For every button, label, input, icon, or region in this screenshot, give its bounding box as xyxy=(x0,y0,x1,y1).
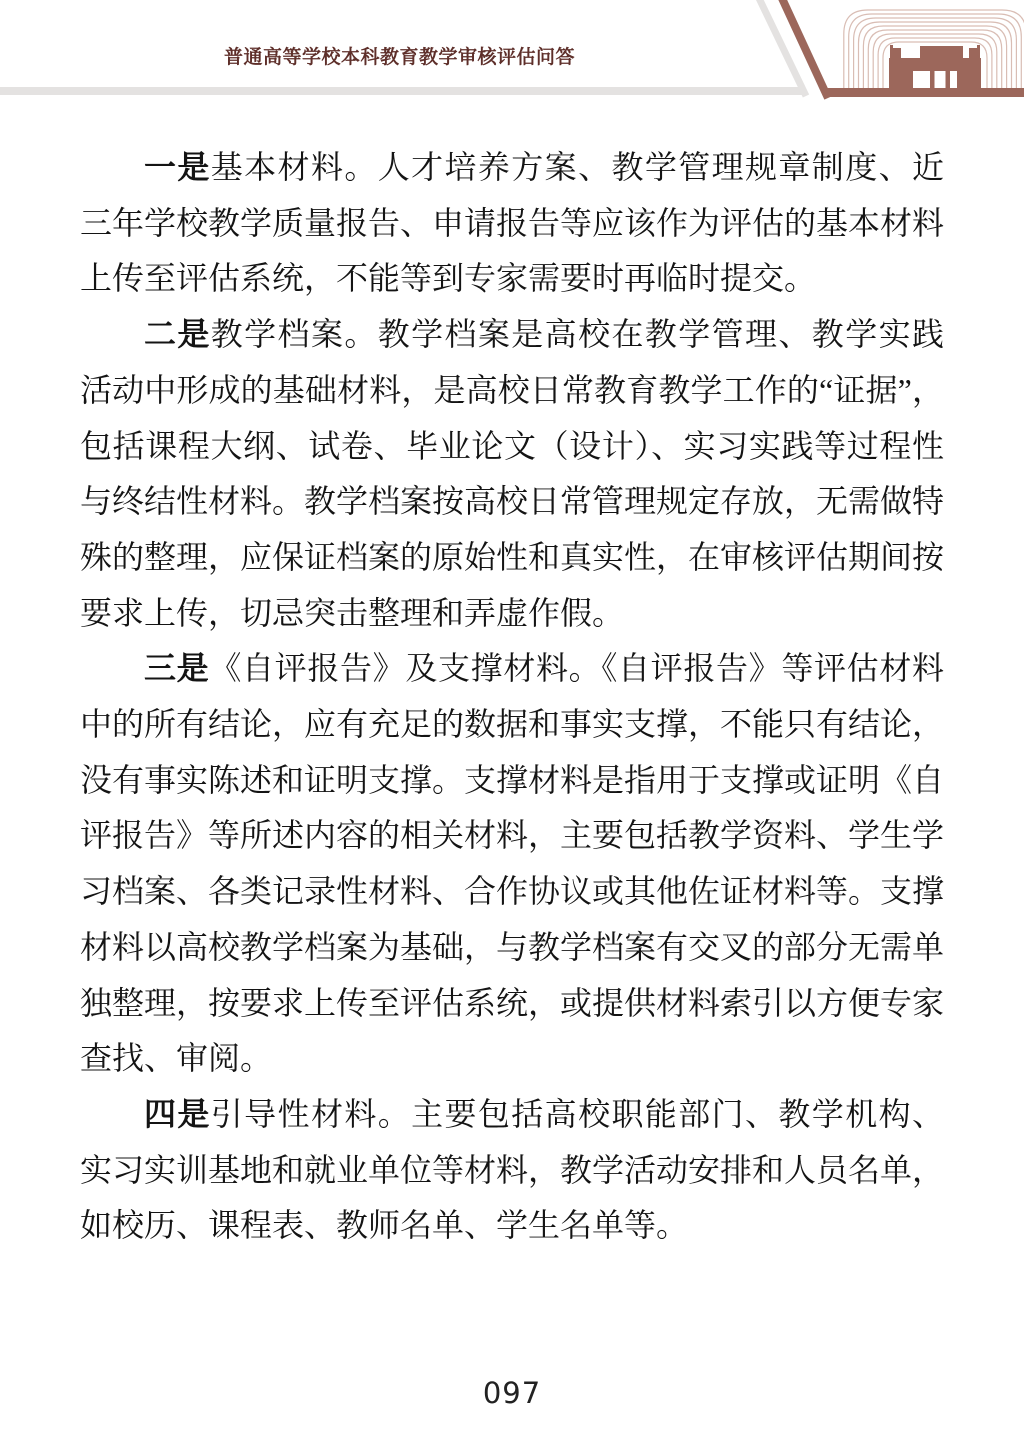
header-rule xyxy=(0,87,742,95)
running-head-title: 普通高等学校本科教育教学审核评估问答 xyxy=(224,46,575,70)
page-number: 097 xyxy=(0,1376,1024,1410)
corner-decoration xyxy=(740,0,1024,110)
page-body: 一是基本材料。人才培养方案、教学管理规章制度、近三年学校教学质量报告、申请报告等… xyxy=(80,140,944,1254)
paragraph-lead: 三是 xyxy=(144,650,209,686)
paragraph: 一是基本材料。人才培养方案、教学管理规章制度、近三年学校教学质量报告、申请报告等… xyxy=(80,140,944,307)
paragraph-lead: 四是 xyxy=(144,1096,211,1132)
paragraph: 三是《自评报告》及支撑材料。《自评报告》等评估材料中的所有结论，应有充足的数据和… xyxy=(80,641,944,1087)
corner-diagonal-gray xyxy=(740,0,806,96)
paragraph-text: 《自评报告》及支撑材料。《自评报告》等评估材料中的所有结论，应有充足的数据和事实… xyxy=(80,650,944,1076)
page: 普通高等学校本科教育教学审核评估问答 xyxy=(0,0,1024,1453)
paragraph-lead: 一是 xyxy=(144,149,211,185)
paragraph: 二是教学档案。教学档案是高校在教学管理、教学实践活动中形成的基础材料，是高校日常… xyxy=(80,307,944,641)
university-building-icon xyxy=(889,45,981,89)
paragraph-lead: 二是 xyxy=(144,316,211,352)
corner-rule-maroon xyxy=(824,88,1024,97)
paragraph-text: 教学档案。教学档案是高校在教学管理、教学实践活动中形成的基础材料，是高校日常教育… xyxy=(80,316,944,631)
paragraph: 四是引导性材料。主要包括高校职能部门、教学机构、实习实训基地和就业单位等材料，教… xyxy=(80,1087,944,1254)
